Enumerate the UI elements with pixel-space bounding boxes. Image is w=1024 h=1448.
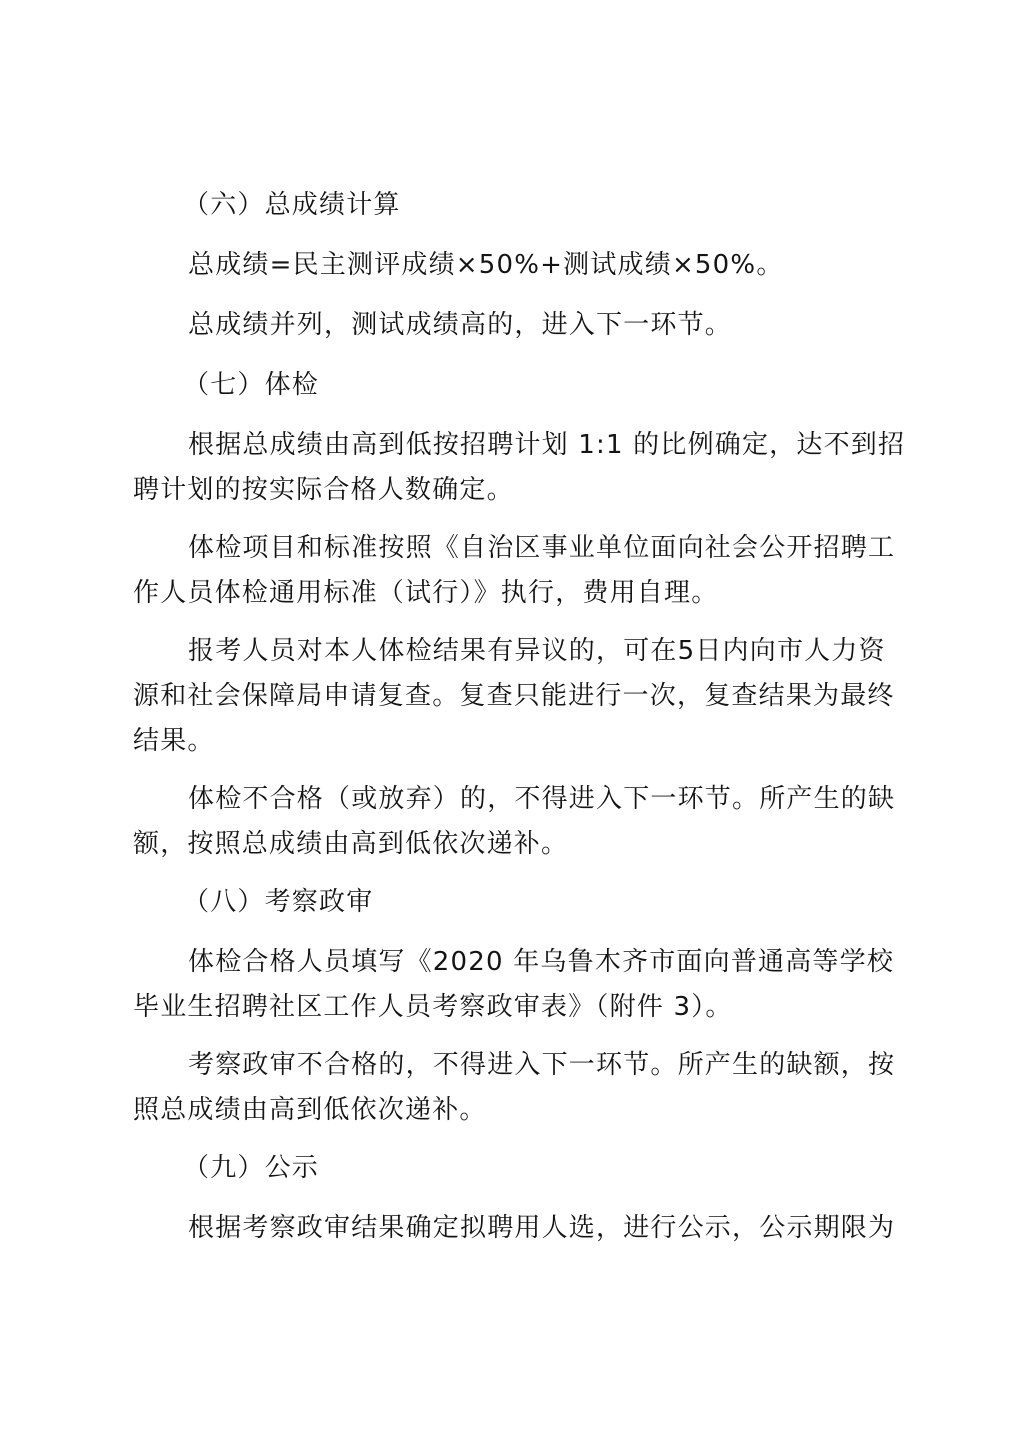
paragraph-exam-fail-line1: 体检不合格（或放弃）的，不得进入下一环节。所产生的缺 — [188, 781, 895, 817]
paragraph-total-score-formula: 总成绩=民主测评成绩×50%+测试成绩×50%。 — [188, 247, 784, 283]
paragraph-exam-recheck-line1: 报考人员对本人体检结果有异议的，可在5日内向市人力资 — [188, 633, 886, 669]
paragraph-review-fail-line1: 考察政审不合格的，不得进入下一环节。所产生的缺额，按 — [188, 1047, 895, 1083]
paragraph-exam-ratio-line1: 根据总成绩由高到低按招聘计划 1:1 的比例确定，达不到招 — [188, 427, 905, 463]
paragraph-exam-fail-line2: 额，按照总成绩由高到低依次递补。 — [133, 826, 568, 862]
paragraph-review-form-line1: 体检合格人员填写《2020 年乌鲁木齐市面向普通高等学校 — [188, 944, 894, 980]
section-heading-publicity: （九）公示 — [183, 1150, 319, 1186]
paragraph-exam-standard-line1: 体检项目和标准按照《自治区事业单位面向社会公开招聘工 — [188, 530, 895, 566]
paragraph-exam-standard-line2: 作人员体检通用标准（试行）》执行，费用自理。 — [133, 575, 718, 611]
section-heading-total-score: （六）总成绩计算 — [183, 187, 401, 223]
section-heading-political-review: （八）考察政审 — [183, 884, 373, 920]
paragraph-publicity-line1: 根据考察政审结果确定拟聘用人选，进行公示，公示期限为 — [188, 1210, 895, 1246]
paragraph-exam-ratio-line2: 聘计划的按实际合格人数确定。 — [133, 472, 514, 508]
paragraph-exam-recheck-line3: 结果。 — [133, 723, 215, 759]
paragraph-exam-recheck-line2: 源和社会保障局申请复查。复查只能进行一次，复查结果为最终 — [133, 678, 895, 714]
paragraph-review-form-line2: 毕业生招聘社区工作人员考察政审表》（附件 3）。 — [133, 989, 733, 1025]
paragraph-tie-break-rule: 总成绩并列，测试成绩高的，进入下一环节。 — [188, 307, 732, 343]
document-page: （六）总成绩计算 总成绩=民主测评成绩×50%+测试成绩×50%。 总成绩并列，… — [0, 0, 1024, 1448]
paragraph-review-fail-line2: 照总成绩由高到低依次递补。 — [133, 1092, 487, 1128]
section-heading-physical-exam: （七）体检 — [183, 367, 319, 403]
